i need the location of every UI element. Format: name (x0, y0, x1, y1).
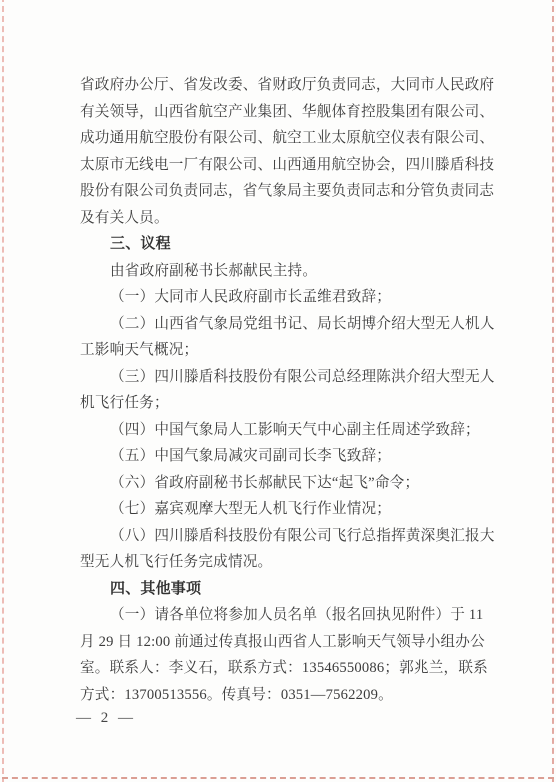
agenda-host-line: 由省政府副秘书长郝献民主持。 (80, 258, 498, 285)
agenda-item-6: （六）省政府副秘书长郝献民下达“起飞”命令； (80, 470, 498, 497)
agenda-item-4: （四）中国气象局人工影响天气中心副主任周述学致辞； (80, 417, 498, 444)
document-page: 省政府办公厅、省发改委、省财政厅负责同志，大同市人民政府 有关领导，山西省航空产… (0, 0, 556, 782)
agenda-item-8-cont: 型无人机飞行任务完成情况。 (80, 549, 498, 576)
page-border-right (552, 0, 554, 782)
other-item-1: （一）请各单位将参加人员名单（报名回执见附件）于 11 (80, 602, 498, 629)
agenda-item-7: （七）嘉宾观摩大型无人机飞行作业情况； (80, 496, 498, 523)
body-line: 有关领导，山西省航空产业集团、华舰体育控股集团有限公司、 (80, 99, 498, 126)
body-line: 及有关人员。 (80, 205, 498, 232)
agenda-item-1: （一）大同市人民政府副市长孟维君致辞； (80, 284, 498, 311)
agenda-item-3: （三）四川滕盾科技股份有限公司总经理陈洪介绍大型无人 (80, 364, 498, 391)
section-heading-agenda: 三、议程 (80, 231, 498, 258)
agenda-item-5: （五）中国气象局减灾司副司长李飞致辞； (80, 443, 498, 470)
body-line: 太原市无线电一厂有限公司、山西通用航空协会，四川滕盾科技 (80, 152, 498, 179)
agenda-item-2: （二）山西省气象局党组书记、局长胡博介绍大型无人机人 (80, 311, 498, 338)
page-border-left (2, 0, 4, 782)
body-line: 省政府办公厅、省发改委、省财政厅负责同志，大同市人民政府 (80, 72, 498, 99)
contact-fax-line: 方式：13700513556。传真号：0351—7562209。 (80, 682, 498, 709)
contact-line: 室。联系人：李义石，联系方式：13546550086；郭兆兰，联系 (80, 655, 498, 682)
page-number: — 2 — (76, 710, 136, 727)
body-line: 成功通用航空股份有限公司、航空工业太原航空仪表有限公司、 (80, 125, 498, 152)
section-heading-other: 四、其他事项 (80, 576, 498, 603)
agenda-item-8: （八）四川滕盾科技股份有限公司飞行总指挥黄深奥汇报大 (80, 523, 498, 550)
document-body: 省政府办公厅、省发改委、省财政厅负责同志，大同市人民政府 有关领导，山西省航空产… (80, 72, 498, 708)
agenda-item-3-cont: 机飞行任务； (80, 390, 498, 417)
agenda-item-2-cont: 工影响天气概况； (80, 337, 498, 364)
page-border-bottom (2, 777, 554, 779)
other-item-1-cont: 月 29 日 12:00 前通过传真报山西省人工影响天气领导小组办公 (80, 629, 498, 656)
body-line: 股份有限公司负责同志，省气象局主要负责同志和分管负责同志 (80, 178, 498, 205)
